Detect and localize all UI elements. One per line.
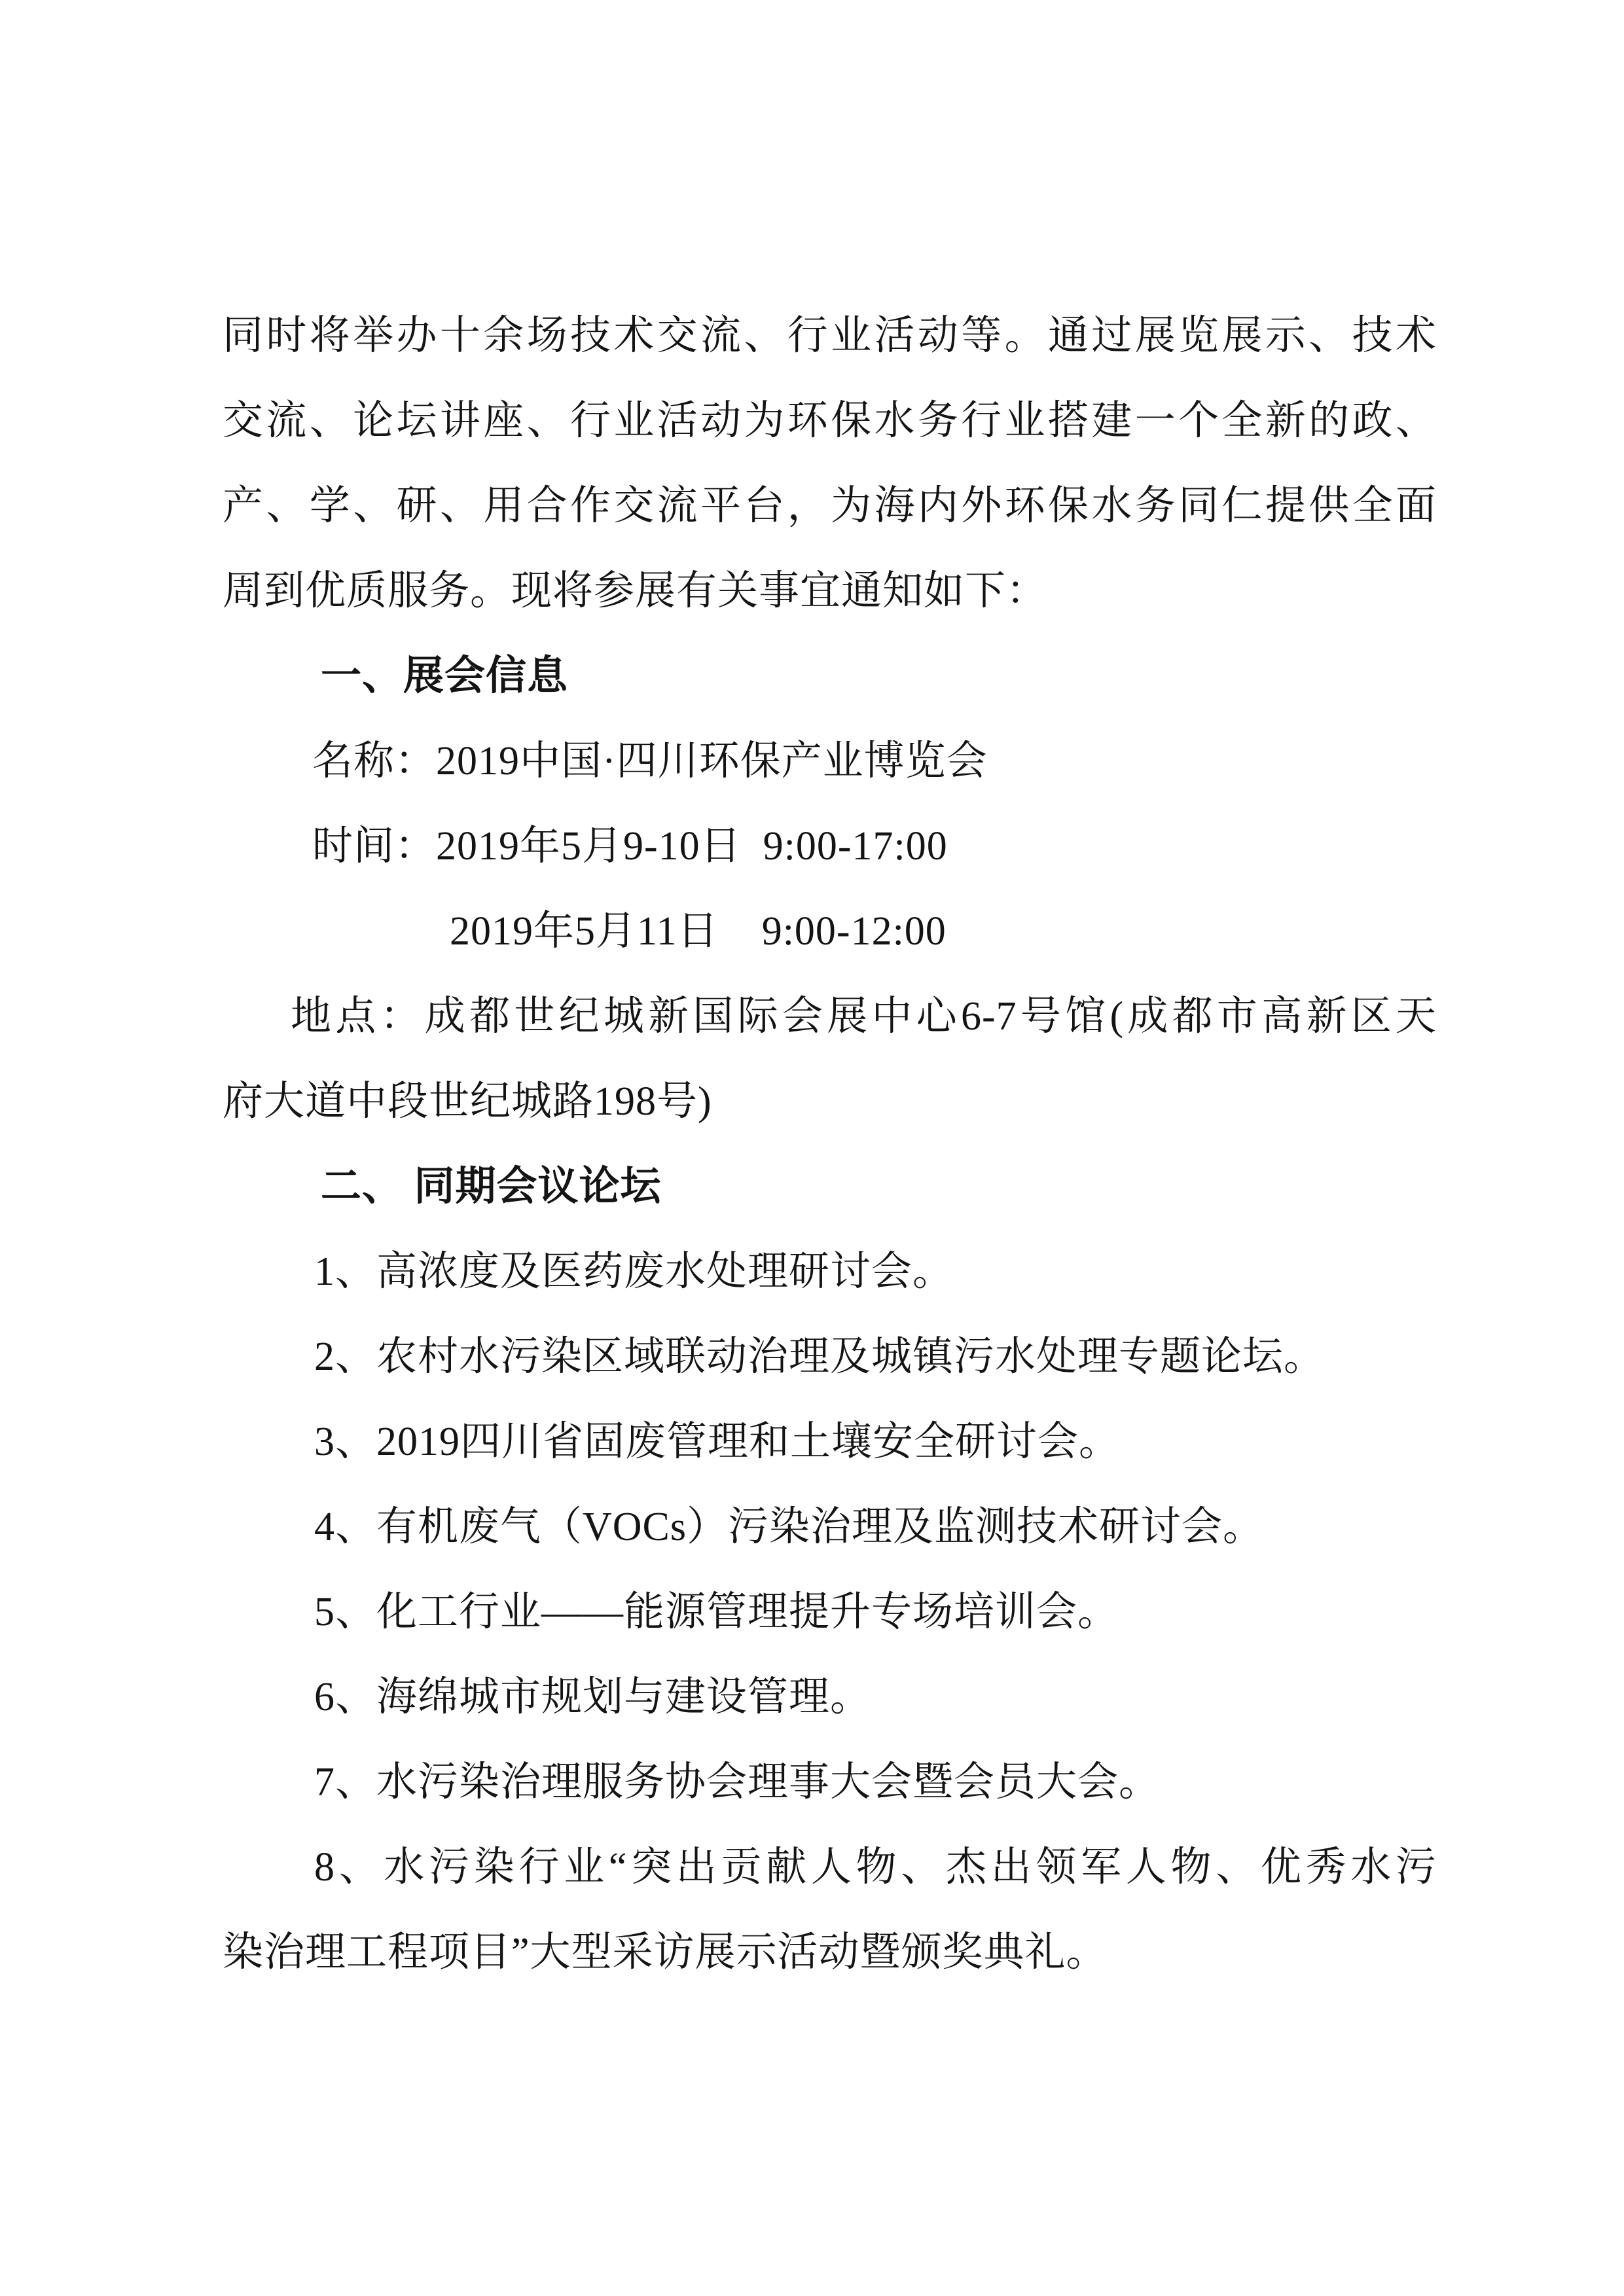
forum-item-3: 3、2019四川省固废管理和土壤安全研讨会。 (223, 1399, 1437, 1484)
intro-line-1: 同时将举办十余场技术交流、行业活动等。通过展览展示、技术 (223, 293, 1437, 378)
forum-item-2: 2、农村水污染区域联动治理及城镇污水处理专题论坛。 (223, 1314, 1437, 1399)
section1-heading: 一、展会信息 (223, 634, 1437, 719)
exhibition-location-line-2: 府大道中段世纪城路198号) (223, 1059, 1437, 1144)
forum-item-4: 4、有机废气（VOCs）污染治理及监测技术研讨会。 (223, 1484, 1437, 1570)
section2-heading: 二、 同期会议论坛 (223, 1144, 1437, 1229)
forum-item-8-line-1: 8、水污染行业“突出贡献人物、杰出领军人物、优秀水污 (223, 1825, 1437, 1910)
exhibition-name-line: 名称：2019中国·四川环保产业博览会 (223, 719, 1437, 804)
forum-item-7: 7、水污染治理服务协会理事大会暨会员大会。 (223, 1740, 1437, 1825)
intro-line-2: 交流、论坛讲座、行业活动为环保水务行业搭建一个全新的政、 (223, 378, 1437, 463)
forum-item-6: 6、海绵城市规划与建设管理。 (223, 1655, 1437, 1740)
intro-line-4: 周到优质服务。现将参展有关事宜通知如下： (223, 548, 1437, 634)
exhibition-location-line-1: 地点：成都世纪城新国际会展中心6-7号馆(成都市高新区天 (223, 974, 1437, 1059)
forum-item-1: 1、高浓度及医药废水处理研讨会。 (223, 1229, 1437, 1314)
exhibition-time-line-1: 时间：2019年5月9-10日 9:00-17:00 (223, 804, 1437, 889)
document-page: 同时将举办十余场技术交流、行业活动等。通过展览展示、技术 交流、论坛讲座、行业活… (0, 0, 1624, 2296)
forum-item-5: 5、化工行业——能源管理提升专场培训会。 (223, 1570, 1437, 1655)
document-body: 同时将举办十余场技术交流、行业活动等。通过展览展示、技术 交流、论坛讲座、行业活… (223, 293, 1437, 1995)
exhibition-time-line-2: 2019年5月11日 9:00-12:00 (223, 889, 1437, 974)
intro-line-3: 产、学、研、用合作交流平台，为海内外环保水务同仁提供全面 (223, 463, 1437, 548)
forum-item-8-line-2: 染治理工程项目”大型采访展示活动暨颁奖典礼。 (223, 1910, 1437, 1995)
